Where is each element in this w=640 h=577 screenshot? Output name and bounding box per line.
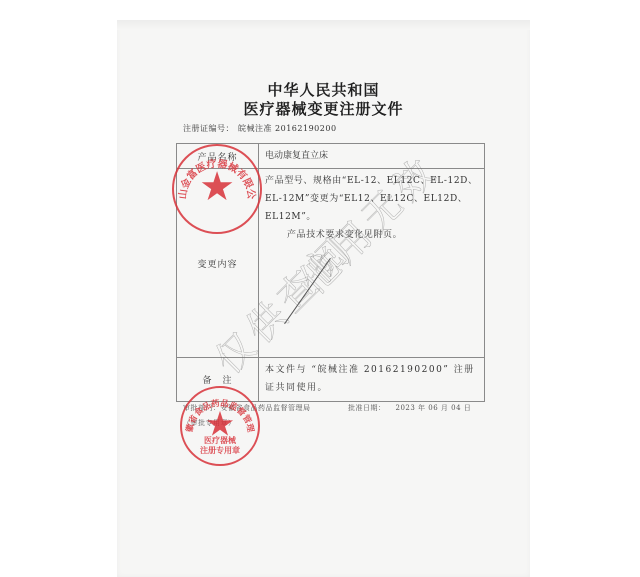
approval-date: 批准日期：2023 年 06 月 04 日 xyxy=(348,403,471,413)
product-name-value: 电动康复直立床 xyxy=(259,144,485,169)
remarks-value: 本文件与 “皖械注准 20162190200” 注册 证共同使用。 xyxy=(259,358,485,402)
scan-edge xyxy=(117,20,530,30)
authority-seal-stamp: 安徽省食品药品监督管理局 ★ 医疗器械 注册专用章 xyxy=(180,386,260,466)
star-icon: ★ xyxy=(199,167,235,207)
registration-number: 皖械注准 20162190200 xyxy=(238,124,337,133)
registration-number-line: 注册证编号：皖械注准 20162190200 xyxy=(183,123,337,134)
seal-inner-line2: 注册专用章 xyxy=(182,445,258,456)
document-title-line2: 医疗器械变更注册文件 xyxy=(117,98,530,119)
company-seal-stamp: 黄山金富医疗器械有限公司 ★ xyxy=(172,144,262,234)
date-value: 2023 年 06 月 04 日 xyxy=(396,404,472,412)
registration-label: 注册证编号： xyxy=(183,124,234,133)
remarks-line: 本文件与 “皖械注准 20162190200” 注册 xyxy=(265,361,478,379)
remarks-line: 证共同使用。 xyxy=(265,379,478,397)
date-label: 批准日期： xyxy=(348,404,386,412)
document-title-line1: 中华人民共和国 xyxy=(117,79,530,100)
